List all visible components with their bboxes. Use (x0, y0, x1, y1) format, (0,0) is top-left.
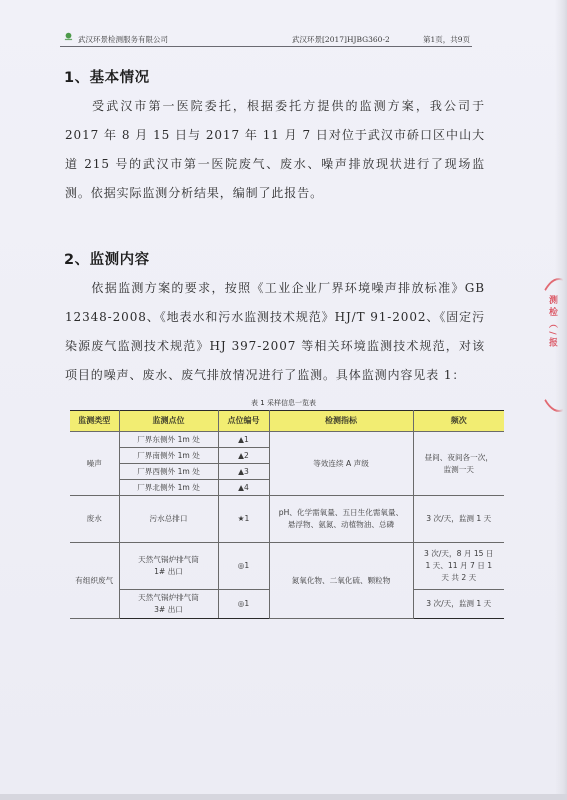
cell-location: 污水总排口 (119, 496, 218, 543)
col-header-frequency: 频次 (413, 411, 504, 432)
cell-code: ◎1 (218, 543, 269, 590)
cell-code: ▲4 (218, 480, 269, 496)
cell-frequency: 3 次/天，监测 1 天 (413, 590, 504, 619)
page-header: 武汉环景检测服务有限公司 武汉环景[2017]HJBG360-2 第1页，共9页 (60, 30, 472, 47)
col-header-type: 监测类型 (70, 411, 119, 432)
cell-frequency-wastewater: 3 次/天，监测 1 天 (413, 496, 504, 543)
cell-code: ▲1 (218, 432, 269, 448)
cell-code: ▲2 (218, 448, 269, 464)
col-header-indicator: 检测指标 (269, 411, 413, 432)
cell-type-noise: 噪声 (70, 432, 119, 496)
table-row: 废水 污水总排口 ★1 pH、化学需氧量、五日生化需氧量、悬浮物、氨氮、动植物油… (70, 496, 504, 543)
cell-frequency-noise: 昼间、夜间各一次，监测一天 (413, 432, 504, 496)
section-1-text: 受武汉市第一医院委托，根据委托方提供的监测方案，我公司于 2017 年 8 月 … (65, 99, 485, 200)
cell-type-wastewater: 废水 (70, 496, 119, 543)
section-2-paragraph: 依据监测方案的要求，按照《工业企业厂界环境噪声排放标准》GB 12348-200… (65, 274, 485, 390)
company-name: 武汉环景检测服务有限公司 (78, 34, 168, 45)
page-bottom-edge (0, 794, 567, 800)
cell-location: 厂界南侧外 1m 处 (119, 448, 218, 464)
table-header-row: 监测类型 监测点位 点位编号 检测指标 频次 (70, 411, 504, 432)
section-2-title: 2、监测内容 (64, 248, 150, 269)
cell-location: 厂界西侧外 1m 处 (119, 464, 218, 480)
page-number: 第1页，共9页 (423, 34, 470, 45)
section-1-paragraph: 受武汉市第一医院委托，根据委托方提供的监测方案，我公司于 2017 年 8 月 … (65, 92, 485, 208)
cell-code: ◎1 (218, 590, 269, 619)
col-header-location: 监测点位 (119, 411, 218, 432)
document-page: 武汉环景检测服务有限公司 武汉环景[2017]HJBG360-2 第1页，共9页… (0, 0, 567, 800)
cell-location: 天然气锅炉排气筒 1# 出口 (119, 543, 218, 590)
col-header-code: 点位编号 (218, 411, 269, 432)
sampling-info-table: 监测类型 监测点位 点位编号 检测指标 频次 噪声 厂界东侧外 1m 处 ▲1 … (70, 410, 504, 619)
table-row: 有组织废气 天然气锅炉排气筒 1# 出口 ◎1 氮氧化物、二氧化硫、颗粒物 3 … (70, 543, 504, 590)
cell-location: 厂界东侧外 1m 处 (119, 432, 218, 448)
section-2-text: 依据监测方案的要求，按照《工业企业厂界环境噪声排放标准》GB 12348-200… (65, 281, 485, 382)
section-1-title: 1、基本情况 (64, 66, 150, 87)
company-logo-icon (64, 32, 73, 41)
table-row: 噪声 厂界东侧外 1m 处 ▲1 等效连续 A 声级 昼间、夜间各一次，监测一天 (70, 432, 504, 448)
document-number: 武汉环景[2017]HJBG360-2 (292, 34, 390, 45)
cell-indicator-wastewater: pH、化学需氧量、五日生化需氧量、悬浮物、氨氮、动植物油、总磷 (269, 496, 413, 543)
cell-code: ▲3 (218, 464, 269, 480)
cell-location: 厂界北侧外 1m 处 (119, 480, 218, 496)
cell-indicator-exhaust: 氮氧化物、二氧化硫、颗粒物 (269, 543, 413, 619)
cell-indicator-noise: 等效连续 A 声级 (269, 432, 413, 496)
table-caption: 表 1 采样信息一览表 (0, 398, 567, 408)
cell-type-exhaust: 有组织废气 (70, 543, 119, 619)
page-edge-shadow (555, 0, 567, 800)
cell-code: ★1 (218, 496, 269, 543)
cell-frequency: 3 次/天，8 月 15 日 1 天、11 月 7 日 1 天 共 2 天 (413, 543, 504, 590)
cell-location: 天然气锅炉排气筒 3# 出口 (119, 590, 218, 619)
